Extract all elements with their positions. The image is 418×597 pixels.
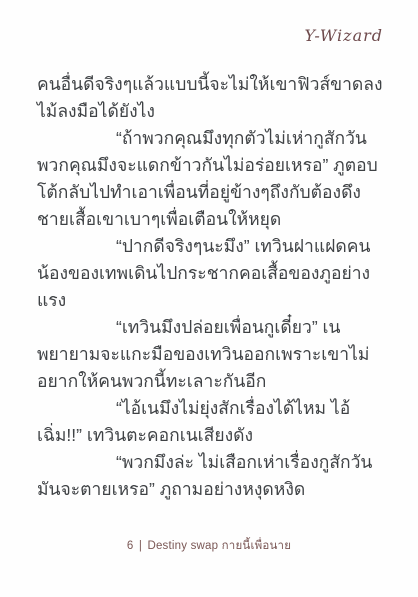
- paragraph: “ปากดีจริงๆนะมึง” เทวินฝาแฝดคนน้องของเทพ…: [37, 233, 383, 314]
- author-signature: Y-Wizard: [305, 26, 383, 45]
- paragraph: คนอื่นดีจริงๆแล้วแบบนี้จะไม่ให้เขาฟิวส์ข…: [37, 71, 383, 125]
- page-number: 6: [126, 540, 135, 552]
- paragraph: “พวกมึงล่ะ ไม่เสือกเห่าเรื่องกูสักวันมัน…: [37, 449, 383, 503]
- page-body: คนอื่นดีจริงๆแล้วแบบนี้จะไม่ให้เขาฟิวส์ข…: [37, 71, 383, 503]
- footer-separator: |: [138, 540, 143, 552]
- ebook-page: Y-Wizard คนอื่นดีจริงๆแล้วแบบนี้จะไม่ให้…: [0, 0, 418, 597]
- book-title: Destiny swap กายนี้เพื่อนาย: [146, 540, 292, 552]
- paragraph: “ถ้าพวกคุณมึงทุกตัวไม่เห่ากูสักวัน พวกคุ…: [37, 125, 383, 233]
- page-footer: 6 | Destiny swap กายนี้เพื่อนาย: [0, 537, 418, 555]
- paragraph: “ไอ้เนมึงไม่ยุ่งสักเรื่องได้ไหม ไอ้เฉิ่ม…: [37, 395, 383, 449]
- paragraph: “เทวินมึงปล่อยเพื่อนกูเดี๋ยว” เนพยายามจะ…: [37, 314, 383, 395]
